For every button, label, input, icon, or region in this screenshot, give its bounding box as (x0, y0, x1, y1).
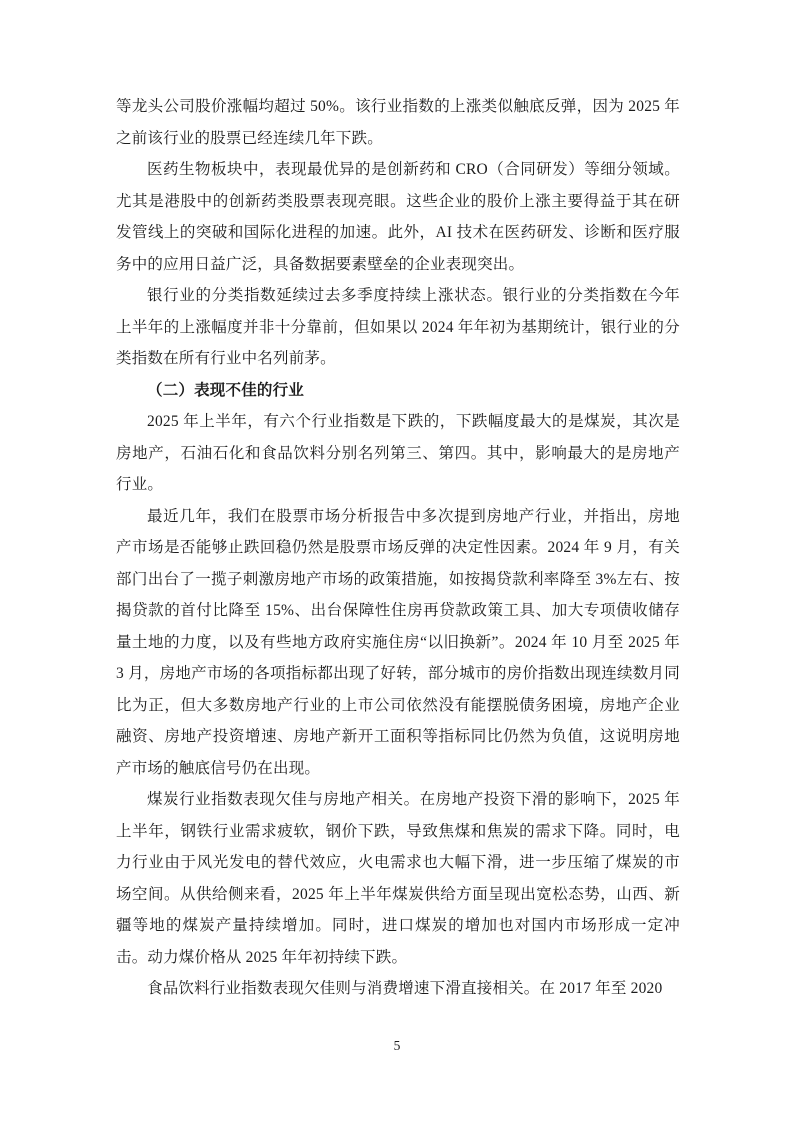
page-number: 5 (0, 1036, 794, 1056)
paragraph-continuation: 等龙头公司股价涨幅均超过 50%。该行业指数的上涨类似触底反弹，因为 2025 … (116, 91, 680, 154)
paragraph: 煤炭行业指数表现欠佳与房地产相关。在房地产投资下滑的影响下，2025 年上半年，… (116, 784, 680, 973)
page-body: 等龙头公司股价涨幅均超过 50%。该行业指数的上涨类似触底反弹，因为 2025 … (116, 91, 680, 1005)
paragraph: 2025 年上半年，有六个行业指数是下跌的，下跌幅度最大的是煤炭，其次是房地产，… (116, 406, 680, 501)
section-heading: （二）表现不佳的行业 (116, 375, 680, 407)
document-page: 等龙头公司股价涨幅均超过 50%。该行业指数的上涨类似触底反弹，因为 2025 … (0, 0, 794, 1123)
paragraph: 医药生物板块中，表现最优异的是创新药和 CRO（合同研发）等细分领域。尤其是港股… (116, 154, 680, 280)
paragraph: 银行业的分类指数延续过去多季度持续上涨状态。银行业的分类指数在今年上半年的上涨幅… (116, 280, 680, 375)
paragraph: 最近几年，我们在股票市场分析报告中多次提到房地产行业，并指出，房地产市场是否能够… (116, 501, 680, 785)
paragraph: 食品饮料行业指数表现欠佳则与消费增速下滑直接相关。在 2017 年至 2020 (116, 973, 680, 1005)
